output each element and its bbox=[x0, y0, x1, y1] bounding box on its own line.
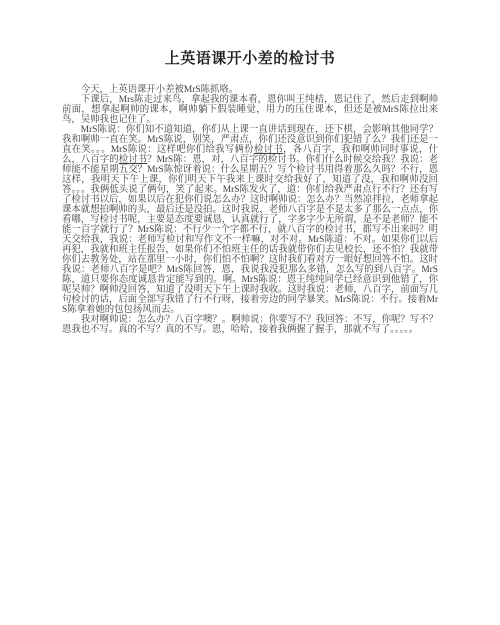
text-segment: 我对啊帅说：怎么办？八百字噢？。啊帅说：你要写不？我回答：不写，你呢？写不？恩我… bbox=[62, 315, 438, 335]
keyword-link[interactable]: 检讨书 bbox=[119, 155, 147, 165]
paragraph: 今天，上英语课开小差被MrS陈抓咯。 bbox=[62, 85, 438, 95]
paragraph: 下课后，Mrs陈走过来鸟，拿起我的课本看，恩你叫王纯桔，恩记住了，然后走到啊帅前… bbox=[62, 95, 438, 125]
text-segment: 今天，上英语课开小差被MrS陈抓咯。 bbox=[81, 85, 238, 95]
text-segment: 下课后，Mrs陈走过来鸟，拿起我的课本看，恩你叫王纯桔，恩记住了，然后走到啊帅前… bbox=[62, 95, 438, 125]
keyword-link[interactable]: 检讨书 bbox=[254, 145, 283, 155]
paragraph: 我对啊帅说：怎么办？八百字噢？。啊帅说：你要写不？我回答：不写，你呢？写不？恩我… bbox=[62, 315, 438, 335]
document-body: 今天，上英语课开小差被MrS陈抓咯。下课后，Mrs陈走过来鸟，拿起我的课本看，恩… bbox=[62, 85, 438, 335]
text-segment: ？MrS陈：恩，对，八百字的检讨书。你们什么时候交给我？我说：老师能不能星期五交… bbox=[62, 155, 438, 315]
document-page: 上英语课开小差的检讨书 今天，上英语课开小差被MrS陈抓咯。下课后，Mrs陈走过… bbox=[0, 0, 500, 625]
page-title: 上英语课开小差的检讨书 bbox=[0, 0, 500, 85]
paragraph: MrS陈说：你们知不道知道，你们从上课一直讲话到现在，还下棋，会影响其他同学？我… bbox=[62, 125, 438, 315]
